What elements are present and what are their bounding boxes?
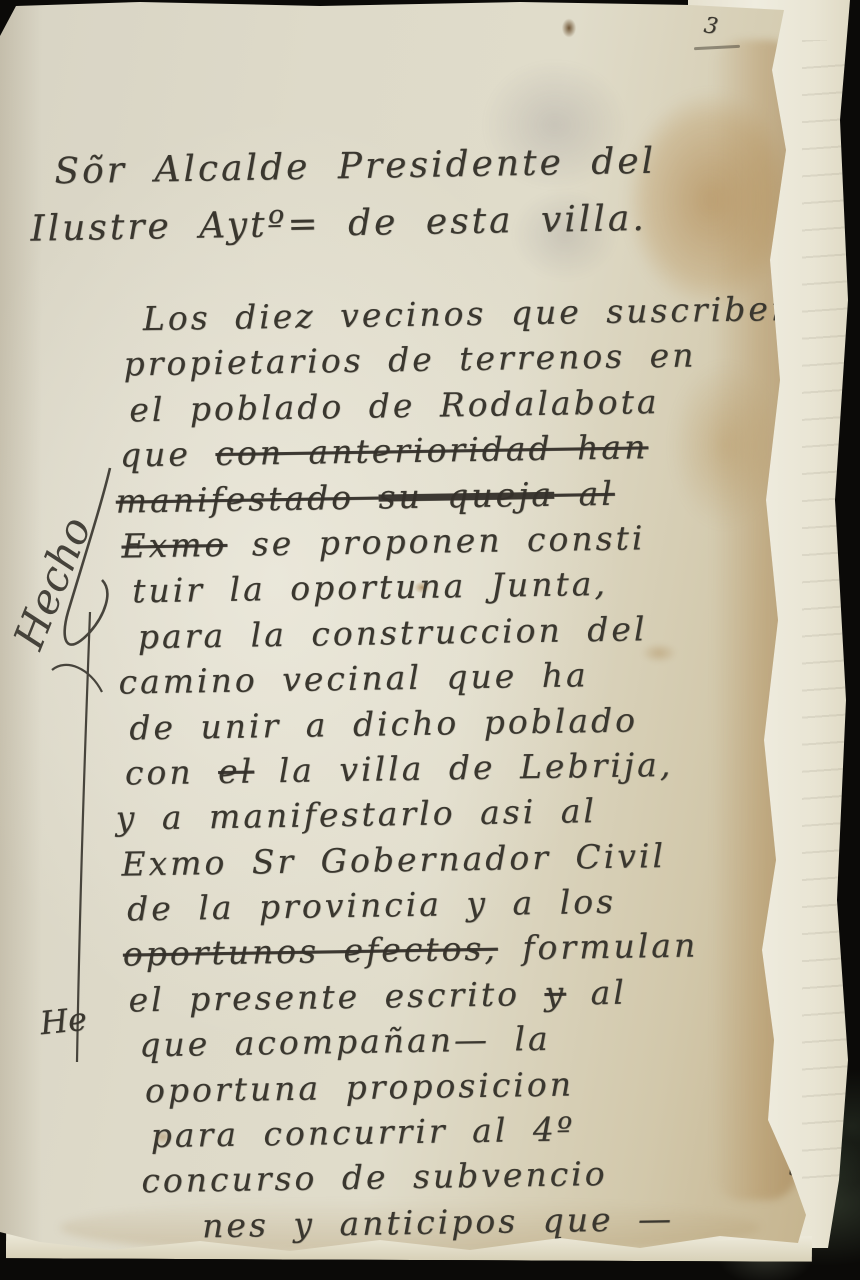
handwritten-text: el presente escrito (128, 974, 544, 1020)
photographed-manuscript: 3 Sõr Alcalde Presidente delIlustre Aytº… (0, 0, 860, 1280)
ink-spot (560, 16, 578, 40)
handwritten-text: para la construccion del (138, 609, 648, 656)
handwritten-text: oportuna proposicion (145, 1064, 575, 1110)
handwritten-text: el poblado de Rodalabota (129, 382, 660, 429)
heading-block: Sõr Alcalde Presidente delIlustre Aytº= … (54, 141, 658, 265)
handwritten-text: camino vecinal que ha (118, 655, 589, 701)
handwritten-text: nes y anticipos que — (202, 1199, 674, 1245)
struck-text: oportunos efectos, (123, 929, 499, 974)
manuscript-sheet: 3 Sõr Alcalde Presidente delIlustre Aytº… (0, 0, 812, 1262)
handwritten-text: formulan (498, 926, 699, 968)
handwritten-text: de unir a dicho poblado (129, 700, 638, 747)
manuscript-line: Sõr Alcalde Presidente del (54, 141, 657, 208)
struck-text: su queja (378, 474, 554, 516)
body-text-block: Los diez vecinos que suscribenpropietari… (143, 289, 810, 1252)
page-number-underline (694, 45, 740, 50)
handwritten-text: concurso de subvencio (141, 1154, 608, 1200)
manuscript-line: Ilustre Aytº= de esta villa. (30, 198, 658, 266)
page-number: 3 (702, 13, 719, 40)
show-through-marks (802, 40, 848, 1190)
handwritten-text: y a manifestarlo asi al (115, 791, 597, 838)
handwritten-text: Los diez vecinos que suscriben (143, 289, 796, 338)
handwritten-text: que acompañan— la (139, 1019, 551, 1064)
handwritten-text: se proponen consti (227, 518, 646, 564)
margin-side-mark: He (38, 1000, 89, 1043)
handwritten-text: Exmo Sr Gobernador Civil (121, 836, 666, 884)
handwritten-text: tuir la oportuna Junta, (132, 564, 608, 610)
handwritten-text: propietarios de terrenos en (123, 336, 696, 384)
struck-text: y (544, 973, 566, 1012)
struck-text: el (218, 751, 255, 791)
struck-text: al (554, 473, 615, 513)
handwritten-text: para concurrir al 4º (150, 1110, 575, 1156)
handwritten-text: Sõr Alcalde Presidente del (54, 141, 656, 192)
handwritten-text: la villa de Lebrija, (254, 745, 674, 791)
struck-text: con anterioridad han (215, 427, 648, 473)
handwritten-text: al (566, 973, 627, 1013)
handwritten-text: de la provincia y a los (127, 882, 616, 929)
